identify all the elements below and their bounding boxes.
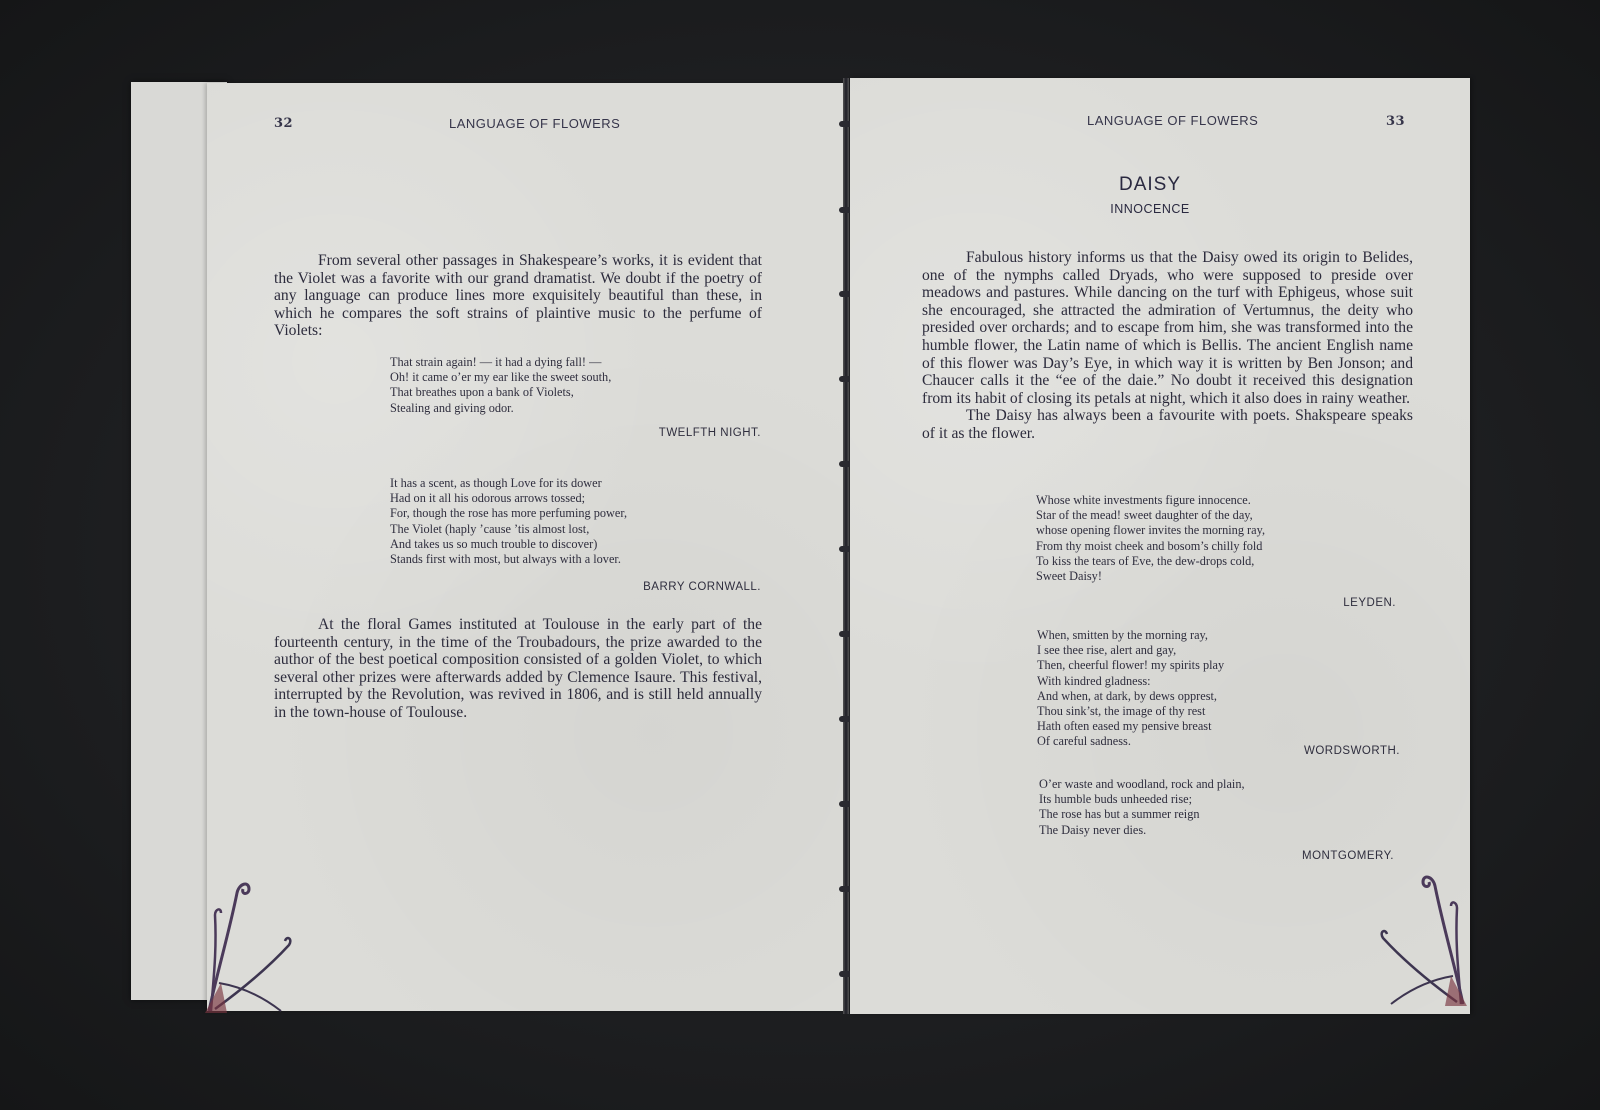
floral-ornament-icon (197, 873, 307, 1013)
verse-line: And when, at dark, by dews opprest, (1037, 689, 1224, 704)
flower-meaning: INNOCENCE (1060, 202, 1240, 216)
page-number: 33 (1386, 114, 1405, 129)
running-title: LANGUAGE OF FLOWERS (1087, 113, 1258, 128)
verse-line: I see thee rise, alert and gay, (1037, 643, 1224, 658)
body-paragraph: From several other passages in Shakespea… (274, 252, 762, 340)
verse-line: From thy moist cheek and bosom’s chilly … (1036, 539, 1265, 554)
running-title: LANGUAGE OF FLOWERS (449, 116, 620, 131)
left-page: 32 LANGUAGE OF FLOWERS From several othe… (207, 83, 845, 1011)
verse-line: That strain again! — it had a dying fall… (390, 355, 611, 370)
quote-attribution: TWELFTH NIGHT. (659, 427, 761, 439)
page-number: 32 (274, 116, 293, 131)
verse-line: Stealing and giving odor. (390, 401, 611, 416)
quote-attribution: MONTGOMERY. (1302, 850, 1394, 862)
verse-line: For, though the rose has more perfuming … (390, 506, 627, 521)
verse-line: Then, cheerful flower! my spirits play (1037, 658, 1224, 673)
quote-attribution: WORDSWORTH. (1304, 745, 1400, 757)
floral-ornament-icon (1365, 866, 1475, 1006)
body-paragraph: At the floral Games instituted at Toulou… (274, 616, 762, 722)
body-paragraph: Fabulous history informs us that the Dai… (922, 249, 1413, 443)
paragraph-text: From several other passages in Shakespea… (274, 252, 762, 340)
verse-line: Stands first with most, but always with … (390, 552, 627, 567)
verse-line: O’er waste and woodland, rock and plain, (1039, 777, 1245, 792)
verse-line: Had on it all his odorous arrows tossed; (390, 491, 627, 506)
verse-line: The Violet (haply ’cause ’tis almost los… (390, 522, 627, 537)
flower-title: DAISY (1060, 174, 1240, 196)
paragraph-text: Fabulous history informs us that the Dai… (922, 249, 1413, 407)
verse-line: The rose has but a summer reign (1039, 807, 1245, 822)
paragraph-text: At the floral Games instituted at Toulou… (274, 616, 762, 722)
verse-line: Hath often eased my pensive breast (1037, 719, 1224, 734)
verse-line: Oh! it came o’er my ear like the sweet s… (390, 370, 611, 385)
verse-line: Whose white investments figure innocence… (1036, 493, 1265, 508)
verse-line: The Daisy never dies. (1039, 823, 1245, 838)
right-page: LANGUAGE OF FLOWERS 33 DAISY INNOCENCE F… (850, 78, 1470, 1014)
verse-line: And takes us so much trouble to discover… (390, 537, 627, 552)
verse-line: whose opening flower invites the morning… (1036, 523, 1265, 538)
verse-line: With kindred gladness: (1037, 674, 1224, 689)
verse-quote: O’er waste and woodland, rock and plain,… (1039, 777, 1245, 838)
verse-quote: When, smitten by the morning ray, I see … (1037, 628, 1224, 750)
verse-line: Star of the mead! sweet daughter of the … (1036, 508, 1265, 523)
verse-line: To kiss the tears of Eve, the dew-drops … (1036, 554, 1265, 569)
verse-line: Its humble buds unheeded rise; (1039, 792, 1245, 807)
quote-attribution: BARRY CORNWALL. (643, 581, 761, 593)
verse-line: Thou sink’st, the image of thy rest (1037, 704, 1224, 719)
verse-line: That breathes upon a bank of Violets, (390, 385, 611, 400)
verse-line: It has a scent, as though Love for its d… (390, 476, 627, 491)
paragraph-text: The Daisy has always been a favourite wi… (922, 407, 1413, 442)
section-heading: DAISY INNOCENCE (1060, 174, 1240, 216)
verse-quote: That strain again! — it had a dying fall… (390, 355, 611, 416)
verse-quote: It has a scent, as though Love for its d… (390, 476, 627, 567)
verse-quote: Whose white investments figure innocence… (1036, 493, 1265, 584)
verse-line: Sweet Daisy! (1036, 569, 1265, 584)
quote-attribution: LEYDEN. (1343, 597, 1396, 609)
verse-line: Of careful sadness. (1037, 734, 1224, 749)
verse-line: When, smitten by the morning ray, (1037, 628, 1224, 643)
